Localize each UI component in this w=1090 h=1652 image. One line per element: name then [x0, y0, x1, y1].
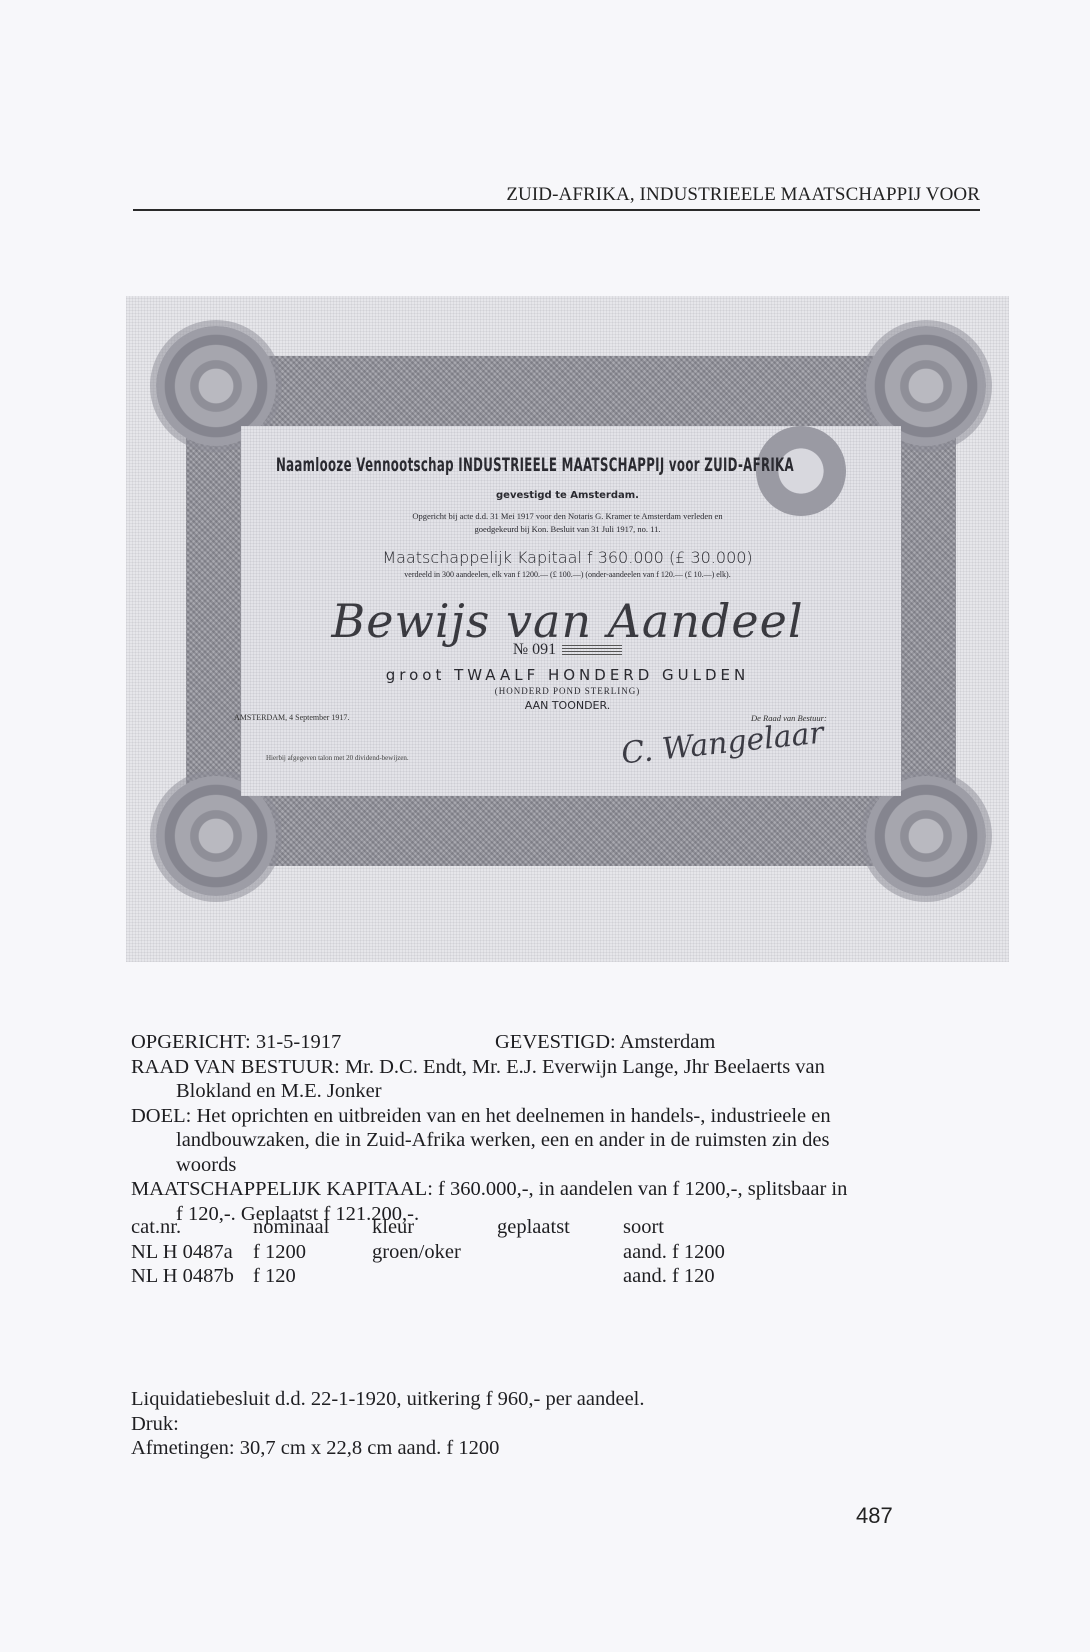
doel-line-1: DOEL: Het oprichten en uitbreiden van en…	[131, 1104, 991, 1129]
cell-soort: aand. f 1200	[623, 1240, 725, 1265]
doel-line-2: landbouwzaken, die in Zuid-Afrika werken…	[131, 1128, 991, 1153]
kapitaal-line-1: MAATSCHAPPELIJK KAPITAAL: f 360.000,-, i…	[131, 1177, 991, 1202]
number-label: № 091	[513, 641, 556, 658]
certificate-number: № 091	[126, 641, 1009, 659]
strike-lines	[562, 645, 622, 655]
certificate-denomination: groot TWAALF HONDERD GULDEN	[126, 666, 1009, 684]
druk: Druk:	[131, 1412, 645, 1437]
cell-catnr: NL H 0487a	[131, 1240, 233, 1265]
header-rule	[133, 209, 980, 211]
footer-notes: Liquidatiebesluit d.d. 22-1-1920, uitker…	[131, 1387, 645, 1461]
certificate-founding-text: Opgericht bij acte d.d. 31 Mei 1917 voor…	[126, 510, 1009, 536]
founding-line-1: Opgericht bij acte d.d. 31 Mei 1917 voor…	[126, 510, 1009, 523]
border-ornament-bottom	[186, 796, 956, 866]
afmetingen: Afmetingen: 30,7 cm x 22,8 cm aand. f 12…	[131, 1436, 645, 1461]
opgericht: OPGERICHT: 31-5-1917	[131, 1031, 341, 1053]
certificate-capital: Maatschappelijk Kapitaal f 360.000 (£ 30…	[126, 548, 1009, 567]
share-certificate-scan: Naamlooze Vennootschap INDUSTRIEELE MAAT…	[126, 296, 1009, 962]
cell-nominaal: f 1200	[253, 1240, 306, 1265]
page-number: 487	[856, 1503, 893, 1529]
header-kleur: kleur	[372, 1215, 414, 1240]
cell-kleur: groen/oker	[372, 1240, 461, 1265]
certificate-division: verdeeld in 300 aandeelen, elk van f 120…	[126, 570, 1009, 579]
founding-row: OPGERICHT: 31-5-1917 GEVESTIGD: Amsterda…	[131, 1030, 991, 1055]
founding-line-2: goedgekeurd bij Kon. Besluit van 31 Juli…	[126, 523, 1009, 536]
certificate-sterling: (HONDERD POND STERLING)	[126, 686, 1009, 696]
liquidatie: Liquidatiebesluit d.d. 22-1-1920, uitker…	[131, 1387, 645, 1412]
raad-line-2: Blokland en M.E. Jonker	[131, 1079, 991, 1104]
header-catnr: cat.nr.	[131, 1215, 181, 1240]
border-ornament-top	[186, 356, 956, 426]
certificate-subtitle: gevestigd te Amsterdam.	[126, 490, 1009, 501]
cell-nominaal: f 120	[253, 1264, 296, 1289]
running-head: ZUID-AFRIKA, INDUSTRIEELE MAATSCHAPPIJ V…	[133, 184, 980, 206]
certificate-talon-note: Hierbij afgegeven talon met 20 dividend-…	[266, 754, 409, 762]
raad-line-1: RAAD VAN BESTUUR: Mr. D.C. Endt, Mr. E.J…	[131, 1055, 991, 1080]
certificate-company-title: Naamlooze Vennootschap INDUSTRIEELE MAAT…	[276, 454, 794, 476]
cell-catnr: NL H 0487b	[131, 1264, 234, 1289]
gevestigd: GEVESTIGD: Amsterdam	[495, 1030, 715, 1055]
company-details: OPGERICHT: 31-5-1917 GEVESTIGD: Amsterda…	[131, 1030, 991, 1226]
header-nominaal: nominaal	[253, 1215, 329, 1240]
certificate-heading: Bewijs van Aandeel	[126, 594, 1009, 648]
certificate-date: AMSTERDAM, 4 September 1917.	[234, 713, 349, 722]
certificate-bearer: AAN TOONDER.	[126, 699, 1009, 712]
doel-line-3: woords	[131, 1153, 991, 1178]
header-soort: soort	[623, 1215, 664, 1240]
cell-soort: aand. f 120	[623, 1264, 715, 1289]
header-geplaatst: geplaatst	[497, 1215, 570, 1240]
